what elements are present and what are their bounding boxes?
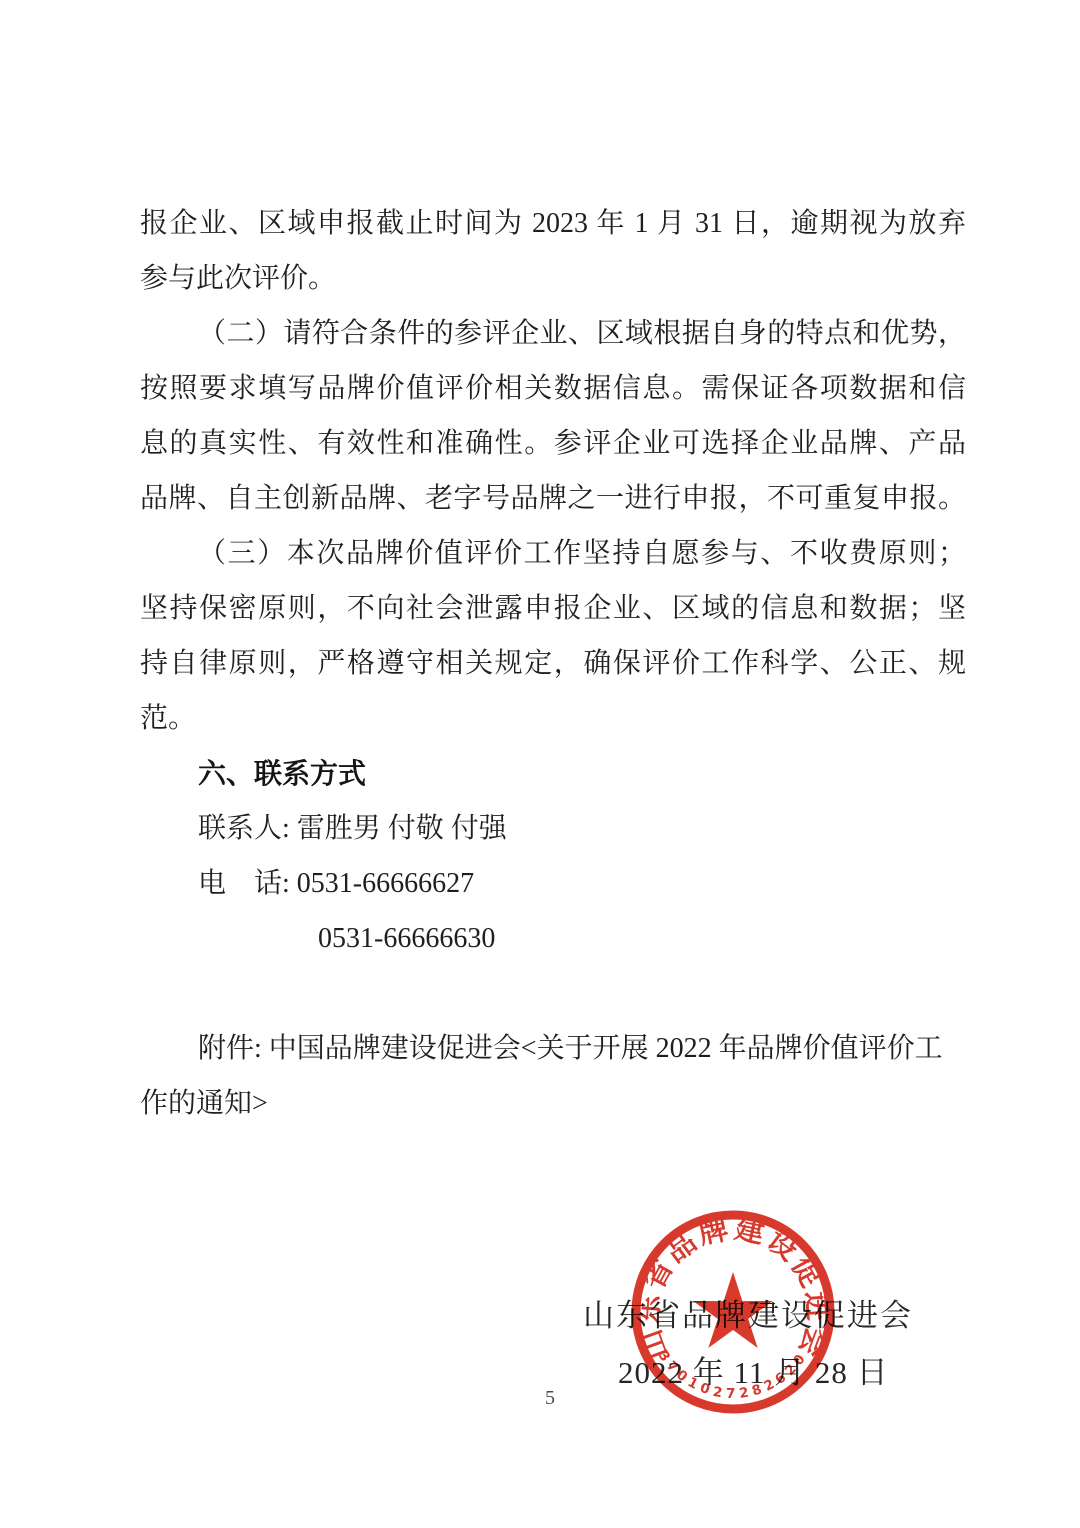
svg-text:山东省品牌建设促进会: 山东省品牌建设促进会 xyxy=(631,1212,835,1364)
section-heading-contact: 六、联系方式 xyxy=(140,746,966,801)
document-body: 报企业、区域申报截止时间为 2023 年 1 月 31 日，逾期视为放弃 参与此… xyxy=(140,196,966,1131)
phone-line-1: 电 话: 0531-66666627 xyxy=(140,856,966,911)
body-line: 按照要求填写品牌价值评价相关数据信息。需保证各项数据和信 xyxy=(140,361,966,416)
attachment-line: 附件: 中国品牌建设促进会<关于开展 2022 年品牌价值评价工 xyxy=(140,1021,966,1076)
page-number: 5 xyxy=(545,1387,555,1410)
contact-person-line: 联系人: 雷胜男 付敬 付强 xyxy=(140,801,966,856)
body-line: 持自律原则，严格遵守相关规定，确保评价工作科学、公正、规 xyxy=(140,636,966,691)
body-line: 品牌、自主创新品牌、老字号品牌之一进行申报，不可重复申报。 xyxy=(140,471,966,526)
signature-date: 2022 年 11 月 28 日 xyxy=(618,1347,889,1392)
attachment-line-continued: 作的通知> xyxy=(140,1076,966,1131)
body-line: 息的真实性、有效性和准确性。参评企业可选择企业品牌、产品 xyxy=(140,416,966,471)
body-line: 范。 xyxy=(140,691,966,746)
body-line: （三）本次品牌价值评价工作坚持自愿参与、不收费原则； xyxy=(140,526,966,581)
body-line: 报企业、区域申报截止时间为 2023 年 1 月 31 日，逾期视为放弃 xyxy=(140,196,966,251)
signature-organization: 山东省品牌建设促进会 xyxy=(583,1290,913,1335)
body-line: （二）请符合条件的参评企业、区域根据自身的特点和优势， xyxy=(140,306,966,361)
body-line: 参与此次评价。 xyxy=(140,251,966,306)
body-line: 坚持保密原则，不向社会泄露申报企业、区域的信息和数据；坚 xyxy=(140,581,966,636)
seal-org-text: 山东省品牌建设促进会 xyxy=(631,1212,835,1364)
phone-line-2: 0531-66666630 xyxy=(140,911,966,966)
